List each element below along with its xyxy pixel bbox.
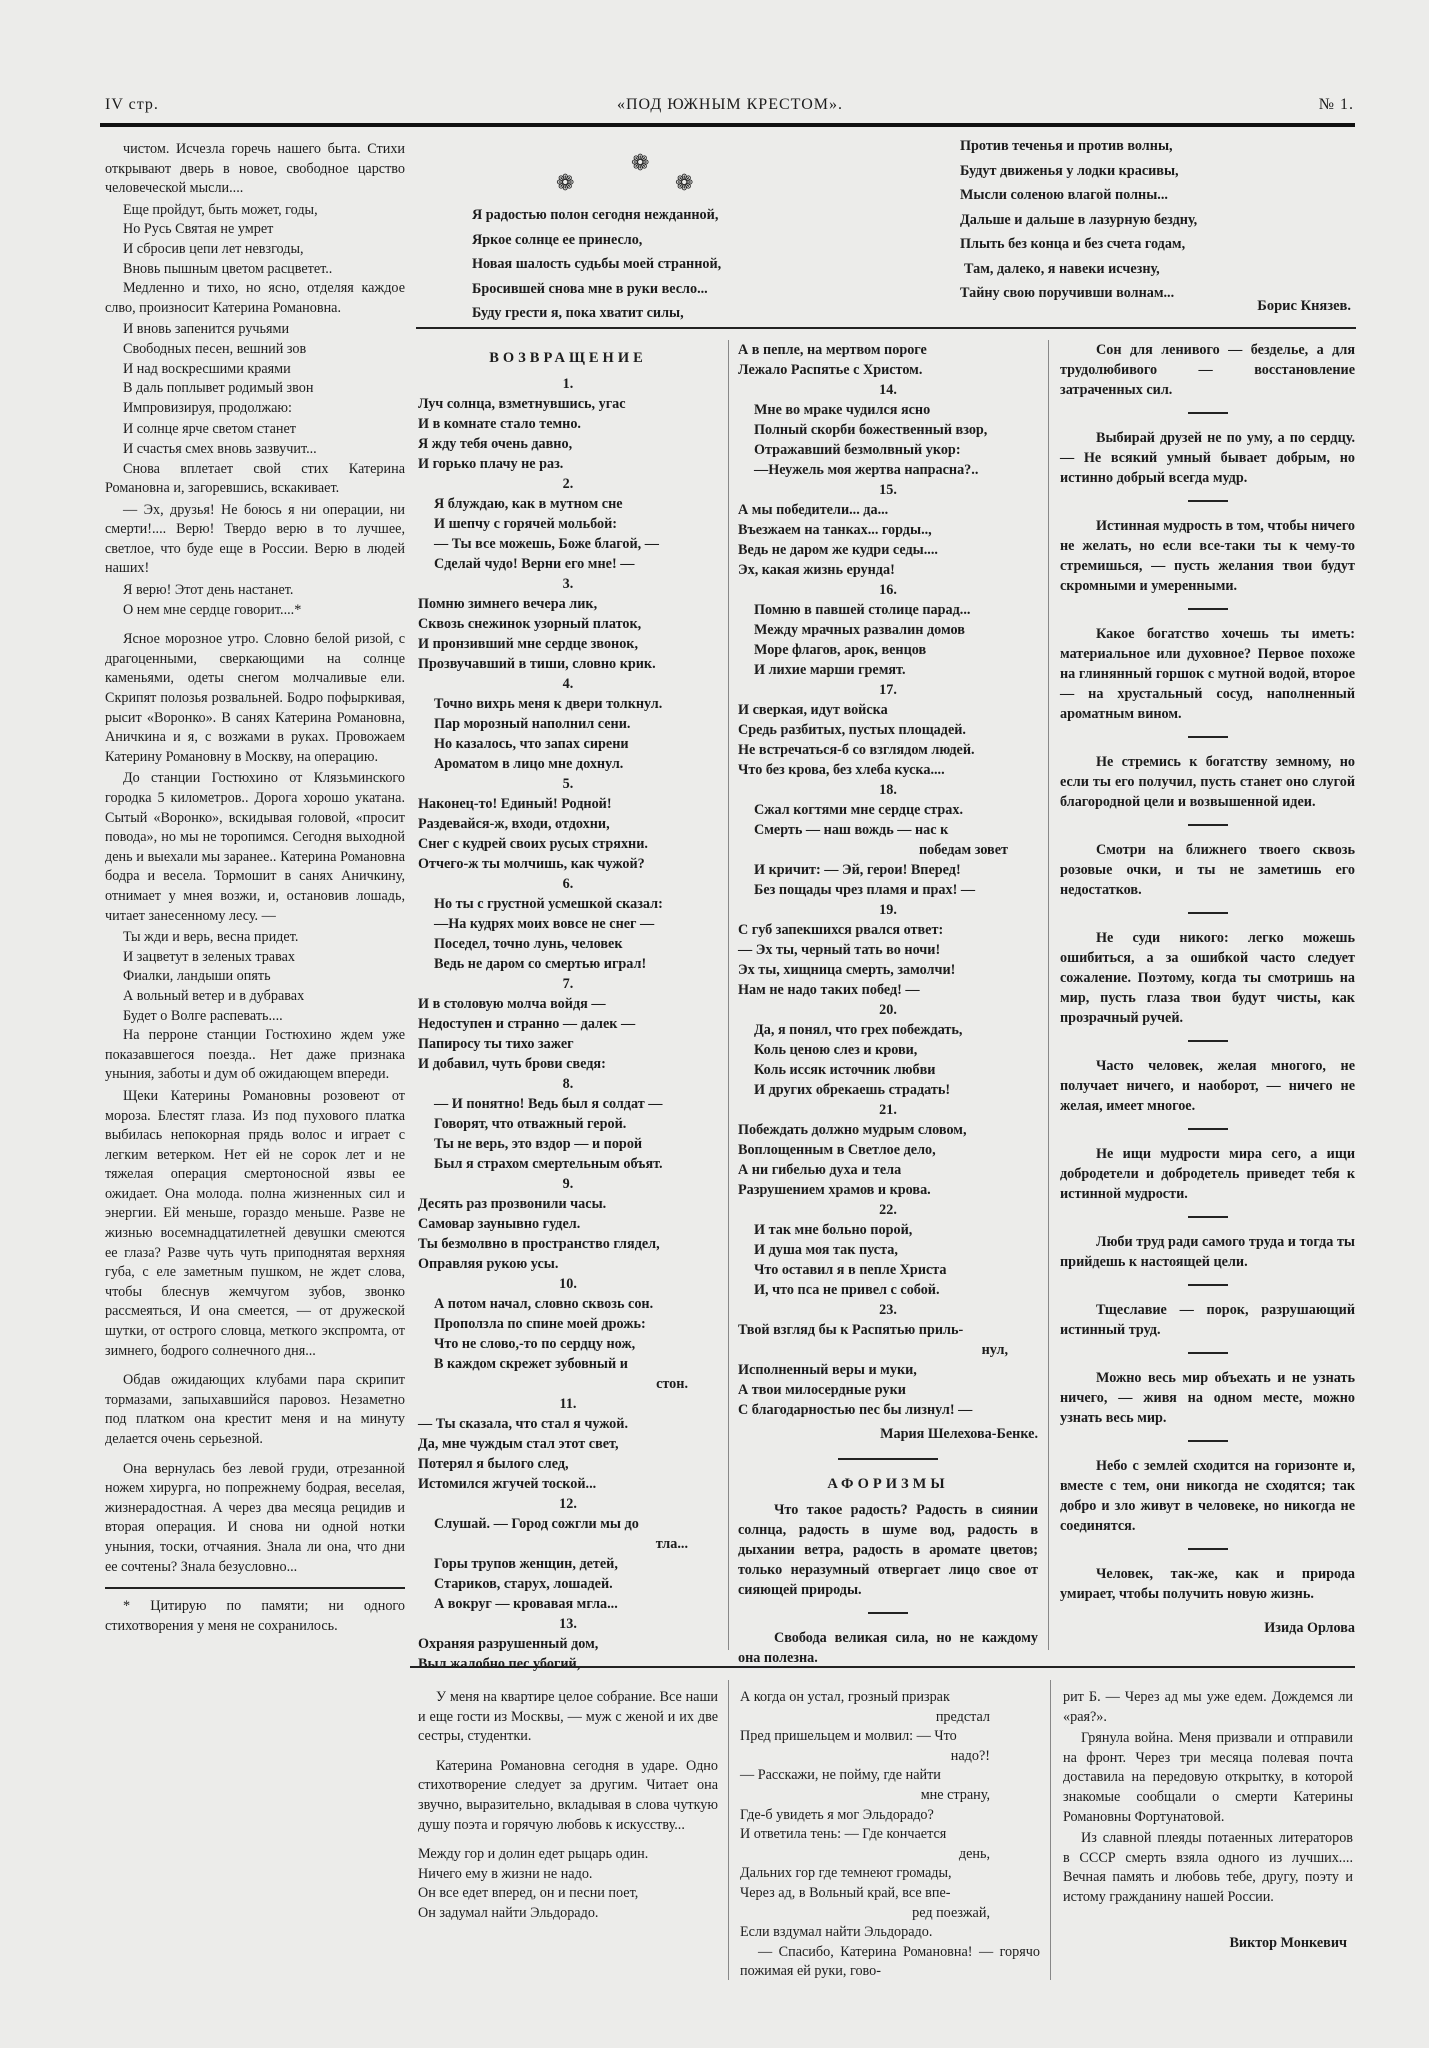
stanza-number: 17. bbox=[738, 680, 1038, 700]
verse-line: В даль поплывет родимый звон bbox=[105, 379, 405, 399]
verse-line: Сквозь снежинок узорный платок, bbox=[418, 614, 718, 634]
paragraph: Импровизируя, продолжаю: bbox=[105, 399, 405, 419]
separator-dash bbox=[1188, 912, 1228, 914]
verse-line: Коль ценою слез и крови, bbox=[738, 1040, 1038, 1060]
verse-line: Буду грести я, пока хватит силы, bbox=[472, 301, 802, 326]
verse-line: Мне во мраке чудился ясно bbox=[738, 400, 1038, 420]
verse-line: Дальних гор где темнеют громады, bbox=[740, 1864, 1040, 1884]
verse-line: Но Русь Святая не умрет bbox=[105, 220, 405, 240]
verse-line: Отчего-ж ты молчишь, как чужой? bbox=[418, 854, 718, 874]
poem-author: Мария Шелехова-Бенке. bbox=[738, 1424, 1038, 1444]
verse-line: — Ты сказала, что стал я чужой. bbox=[418, 1414, 718, 1434]
verse-line: Ведь не даром же кудри седы.... bbox=[738, 540, 1038, 560]
verse-line: Недоступен и странно — далек — bbox=[418, 1014, 718, 1034]
verse-line: Будет о Волге распевать.... bbox=[105, 1007, 405, 1027]
aphorism: Не суди никого: легко можешь ошибиться, … bbox=[1060, 928, 1355, 1028]
verse-line: день, bbox=[740, 1845, 1040, 1865]
verse-line: И других обрекаешь страдать! bbox=[738, 1080, 1038, 1100]
verse-line: Что оставил я в пепле Христа bbox=[738, 1260, 1038, 1280]
verse-line: Что не слово,-то по сердцу нож, bbox=[418, 1334, 718, 1354]
stanza-number: 11. bbox=[418, 1394, 718, 1414]
aphorism: Выбирай друзей не по уму, а по сердцу. —… bbox=[1060, 428, 1355, 488]
separator-dash bbox=[1188, 1216, 1228, 1218]
verse-line: Нам не надо таких побед! — bbox=[738, 980, 1038, 1000]
verse-line: Еще пройдут, быть может, годы, bbox=[105, 201, 405, 221]
section-rule bbox=[410, 1666, 1355, 1668]
aphorism: Небо с землей сходится на горизонте и, в… bbox=[1060, 1456, 1355, 1536]
paragraph: У меня на квартире целое собрание. Все н… bbox=[418, 1688, 718, 1747]
aphorism: Сон для ленивого — безделье, а для трудо… bbox=[1060, 340, 1355, 400]
page-number-label: IV стр. bbox=[105, 96, 159, 114]
stanza-number: 9. bbox=[418, 1174, 718, 1194]
verse-line: Раздевайся-ж, входи, отдохни, bbox=[418, 814, 718, 834]
verse-line: Плыть без конца и без счета годам, bbox=[960, 232, 1330, 257]
verse-line: Сделай чудо! Верни его мне! — bbox=[418, 554, 718, 574]
paragraph: — Спасибо, Катерина Романовна! — горячо … bbox=[740, 1943, 1040, 1982]
verse-line: мне страну, bbox=[740, 1786, 1040, 1806]
verse-line: В каждом скрежет зубовный и bbox=[418, 1354, 718, 1374]
separator-dash bbox=[1188, 1128, 1228, 1130]
column-divider bbox=[728, 340, 729, 1650]
stanza-number: 6. bbox=[418, 874, 718, 894]
verse-line: И сверкая, идут войска bbox=[738, 700, 1038, 720]
verse-line: —На кудрях моих вовсе не снег — bbox=[418, 914, 718, 934]
flower-ornament-icon: ❁ bbox=[675, 170, 693, 196]
verse-line: Там, далеко, я навеки исчезну, bbox=[960, 257, 1330, 282]
stanza-number: 18. bbox=[738, 780, 1038, 800]
verse-line: И душа моя так пуста, bbox=[738, 1240, 1038, 1260]
header-rule bbox=[100, 123, 1355, 127]
separator-dash bbox=[1188, 412, 1228, 414]
verse-line: А мы победители... да... bbox=[738, 500, 1038, 520]
verse-line: Помню в павшей столице парад... bbox=[738, 600, 1038, 620]
verse-line: Слушай. — Город сожгли мы до bbox=[418, 1514, 718, 1534]
separator-dash bbox=[1188, 1352, 1228, 1354]
verse-line: Ароматом в лицо мне дохнул. bbox=[418, 754, 718, 774]
aphorism: Человек, так-же, как и природа умирает, … bbox=[1060, 1564, 1355, 1604]
newspaper-title: «ПОД ЮЖНЫМ КРЕСТОМ». bbox=[600, 96, 860, 114]
poem-vozvrashchenie-part1: ВОЗВРАЩЕНИЕ 1.Луч солнца, взметнувшись, … bbox=[418, 340, 718, 1674]
verse-line: Побеждать должно мудрым словом, bbox=[738, 1120, 1038, 1140]
verse-line: И вновь запенится ручьями bbox=[105, 320, 405, 340]
aphorism: Не стремись к богатству земному, но если… bbox=[1060, 752, 1355, 812]
verse-line: Точно вихрь меня к двери толкнул. bbox=[418, 694, 718, 714]
verse-line: А ни гибелью духа и тела bbox=[738, 1160, 1038, 1180]
verse-line: — Эх ты, черный тать во ночи! bbox=[738, 940, 1038, 960]
verse-line: Я верю! Этот день настанет. bbox=[105, 581, 405, 601]
verse-line: Яркое солнце ее принесло, bbox=[472, 228, 802, 253]
verse-line: И счастья смех вновь зазвучит... bbox=[105, 440, 405, 460]
verse-line: Если вздумал найти Эльдорадо. bbox=[740, 1923, 1040, 1943]
verse-line: И добавил, чуть брови сведя: bbox=[418, 1054, 718, 1074]
verse-line: Через ад, в Вольный край, все впе- bbox=[740, 1884, 1040, 1904]
verse-line: Полный скорби божественный взор, bbox=[738, 420, 1038, 440]
aphorism: Можно весь мир объехать и не узнать ниче… bbox=[1060, 1368, 1355, 1428]
verse-line: Я радостью полон сегодня нежданной, bbox=[472, 203, 802, 228]
aphorism: Не ищи мудрости мира сего, а ищи доброде… bbox=[1060, 1144, 1355, 1204]
verse-line: И в комнате стало темно. bbox=[418, 414, 718, 434]
stanza-number: 8. bbox=[418, 1074, 718, 1094]
stanza-number: 1. bbox=[418, 374, 718, 394]
flower-ornament-icon: ❁ bbox=[631, 150, 649, 176]
verse-line: Сжал когтями мне сердце страх. bbox=[738, 800, 1038, 820]
section-rule bbox=[838, 1458, 938, 1460]
top-poem-right: Против теченья и против волны,Будут движ… bbox=[960, 134, 1330, 306]
separator-dash bbox=[1188, 608, 1228, 610]
column-divider bbox=[728, 1680, 729, 1980]
verse-line: Был я страхом смертельным объят. bbox=[418, 1154, 718, 1174]
top-poem-left: Я радостью полон сегодня нежданной,Яркое… bbox=[472, 203, 802, 326]
verse-line: А в пепле, на мертвом пороге bbox=[738, 340, 1038, 360]
verse-line: Ведь не даром со смертью играл! bbox=[418, 954, 718, 974]
verse-line: —Неужель моя жертва напрасна?.. bbox=[738, 460, 1038, 480]
verse-line: Да, я понял, что грех побеждать, bbox=[738, 1020, 1038, 1040]
verse-line: Будут движенья у лодки красивы, bbox=[960, 159, 1330, 184]
verse-line: Пар морозный наполнил сени. bbox=[418, 714, 718, 734]
paragraph: Ясное морозное утро. Словно белой ризой,… bbox=[105, 630, 405, 767]
aphorism: Что такое радость? Радость в сиянии солн… bbox=[738, 1500, 1038, 1600]
stanza-number: 10. bbox=[418, 1274, 718, 1294]
verse-line: нул, bbox=[738, 1340, 1038, 1360]
aphorisms-list: Что такое радость? Радость в сиянии солн… bbox=[738, 1500, 1038, 1668]
verse-line: — Ты все можешь, Боже благой, — bbox=[418, 534, 718, 554]
verse-line: Коль иссяк источник любви bbox=[738, 1060, 1038, 1080]
verse-line: Вновь пышным цветом расцветет.. bbox=[105, 260, 405, 280]
stanza-number: 21. bbox=[738, 1100, 1038, 1120]
separator-dash bbox=[1188, 1440, 1228, 1442]
verse-line: Папиросу ты тихо зажег bbox=[418, 1034, 718, 1054]
verse-line: Но ты с грустной усмешкой сказал: bbox=[418, 894, 718, 914]
verse-line: Да, мне чуждым стал этот свет, bbox=[418, 1434, 718, 1454]
verse-line: Отражавший безмолвный укор: bbox=[738, 440, 1038, 460]
memoir-continuation-3: рит Б. — Через ад мы уже едем. Дождемся … bbox=[1063, 1688, 1353, 1953]
verse-line: тла... bbox=[418, 1534, 718, 1554]
verse-line: Мысли соленою влагой полны... bbox=[960, 183, 1330, 208]
stanza-number: 4. bbox=[418, 674, 718, 694]
verse-line: Дальше и дальше в лазурную бездну, bbox=[960, 208, 1330, 233]
verse-line: Но казалось, что запах сирени bbox=[418, 734, 718, 754]
section-rule bbox=[416, 327, 1356, 329]
verse-line: Средь разбитых, пустых площадей. bbox=[738, 720, 1038, 740]
verse-line: И ответила тень: — Где кончается bbox=[740, 1825, 1040, 1845]
separator-dash bbox=[1188, 1548, 1228, 1550]
verse-line: Воплощенным в Светлое дело, bbox=[738, 1140, 1038, 1160]
verse-line: стон. bbox=[418, 1374, 718, 1394]
verse-line: — И понятно! Ведь был я солдат — bbox=[418, 1094, 718, 1114]
stanza-number: 5. bbox=[418, 774, 718, 794]
poem-vozvrashchenie-part2: А в пепле, на мертвом порогеЛежало Распя… bbox=[738, 340, 1038, 1668]
verse-line: Ничего ему в жизни не надо. bbox=[418, 1865, 718, 1885]
verse-line: И зацветут в зеленых травах bbox=[105, 948, 405, 968]
verse-line: Он все едет вперед, он и песни поет, bbox=[418, 1884, 718, 1904]
separator-dash bbox=[1188, 1284, 1228, 1286]
stanza-number: 7. bbox=[418, 974, 718, 994]
aphorism: Тщеславие — порок, разрушающий истинный … bbox=[1060, 1300, 1355, 1340]
stanza-number: 20. bbox=[738, 1000, 1038, 1020]
verse-line: И кричит: — Эй, герои! Вперед! bbox=[738, 860, 1038, 880]
verse-line: А вокруг — кровавая мгла... bbox=[418, 1594, 718, 1614]
aphorism: Истинная мудрость в том, чтобы ничего не… bbox=[1060, 516, 1355, 596]
aphorisms-column: Сон для ленивого — безделье, а для трудо… bbox=[1060, 340, 1355, 1638]
verse-line: Ты безмолвно в пространство глядел, bbox=[418, 1234, 718, 1254]
verse-line: Я жду тебя очень давно, bbox=[418, 434, 718, 454]
verse-line: Помню зимнего вечера лик, bbox=[418, 594, 718, 614]
verse-line: И сбросив цепи лет невзгоды, bbox=[105, 240, 405, 260]
verse-line: Твой взгляд бы к Распятью приль- bbox=[738, 1320, 1038, 1340]
verse-line: А вольный ветер и в дубравах bbox=[105, 987, 405, 1007]
stanza-number: 19. bbox=[738, 900, 1038, 920]
separator-dash bbox=[1188, 500, 1228, 502]
verse-line: Я блуждаю, как в мутном сне bbox=[418, 494, 718, 514]
stanza-number: 22. bbox=[738, 1200, 1038, 1220]
separator-dash bbox=[1188, 824, 1228, 826]
paragraph: Грянула война. Меня призвали и отправили… bbox=[1063, 1729, 1353, 1827]
paragraph: Она вернулась без левой груди, отрезанно… bbox=[105, 1460, 405, 1578]
verse-line: Против теченья и против волны, bbox=[960, 134, 1330, 159]
verse-line: Смерть — наш вождь — нас к bbox=[738, 820, 1038, 840]
verse-line: Самовар заунывно гудел. bbox=[418, 1214, 718, 1234]
verse-line: победам зовет bbox=[738, 840, 1038, 860]
verse-line: Пред пришельцем и молвил: — Что bbox=[740, 1727, 1040, 1747]
poem-stanzas: 1.Луч солнца, взметнувшись, угасИ в комн… bbox=[418, 374, 718, 1674]
verse-line: надо?! bbox=[740, 1747, 1040, 1767]
verse-line: Наконец-то! Единый! Родной! bbox=[418, 794, 718, 814]
verse-line: И шепчу с горячей мольбой: bbox=[418, 514, 718, 534]
footnote: * Цитирую по памяти; ни одного стихотвор… bbox=[105, 1597, 405, 1636]
verse-line: И горько плачу не раз. bbox=[418, 454, 718, 474]
paragraph: Медленно и тихо, но ясно, отделяя каждое… bbox=[105, 279, 405, 318]
verse-line: Не встречаться-б со взглядом людей. bbox=[738, 740, 1038, 760]
verse-line: Что без крова, без хлеба куска.... bbox=[738, 760, 1038, 780]
paragraph: На перроне станции Гостюхино ждем уже по… bbox=[105, 1026, 405, 1085]
verse-line: И пронзивший мне сердце звонок, bbox=[418, 634, 718, 654]
stanza-number: 15. bbox=[738, 480, 1038, 500]
verse-line: А твои милосердные руки bbox=[738, 1380, 1038, 1400]
memoir-author: Виктор Монкевич bbox=[1063, 1934, 1353, 1954]
memoir-blocks: чистом. Исчезла горечь нашего быта. Стих… bbox=[105, 140, 405, 1577]
verse-line: Свободных песен, вешний зов bbox=[105, 340, 405, 360]
verse-line: И так мне больно порой, bbox=[738, 1220, 1038, 1240]
verse-line: Горы трупов женщин, детей, bbox=[418, 1554, 718, 1574]
verse-line: И лихие марши гремят. bbox=[738, 660, 1038, 680]
verse-line: Лежало Распятье с Христом. bbox=[738, 360, 1038, 380]
aphorisms-list: Сон для ленивого — безделье, а для трудо… bbox=[1060, 340, 1355, 1604]
verse-line: О нем мне сердце говорит....* bbox=[105, 601, 405, 621]
verse-line: Говорят, что отважный герой. bbox=[418, 1114, 718, 1134]
verse-line: Прозвучавший в тиши, словно крик. bbox=[418, 654, 718, 674]
verse-line: Ты не верь, это вздор — и порой bbox=[418, 1134, 718, 1154]
column-divider bbox=[1048, 340, 1049, 1650]
aphorism: Часто человек, желая многого, не получае… bbox=[1060, 1056, 1355, 1116]
verse-line: Бросившей снова мне в руки весло... bbox=[472, 277, 802, 302]
stanza-number: 3. bbox=[418, 574, 718, 594]
verse-line: Без пощады чрез пламя и прах! — bbox=[738, 880, 1038, 900]
verse-line: Он задумал найти Эльдорадо. bbox=[418, 1904, 718, 1924]
verse-line: Выл жалобно пес убогий, bbox=[418, 1654, 718, 1674]
verse-line: Потерял я былого след, bbox=[418, 1454, 718, 1474]
poem-title: ВОЗВРАЩЕНИЕ bbox=[418, 348, 718, 368]
stanza-number: 16. bbox=[738, 580, 1038, 600]
newspaper-page: IV стр. «ПОД ЮЖНЫМ КРЕСТОМ». № 1. чистом… bbox=[0, 0, 1429, 2048]
flower-ornament-icon: ❁ bbox=[556, 170, 574, 196]
verse-line: Охраняя разрушенный дом, bbox=[418, 1634, 718, 1654]
verse-line: предстал bbox=[740, 1708, 1040, 1728]
paragraph: Обдав ожидающих клубами пара скрипит тор… bbox=[105, 1371, 405, 1449]
verse-line: А потом начал, словно сквозь сон. bbox=[418, 1294, 718, 1314]
paragraph: До станции Гостюхино от Клязьминского го… bbox=[105, 769, 405, 926]
paragraph: чистом. Исчезла горечь нашего быта. Стих… bbox=[105, 140, 405, 199]
memoir-continuation-1: У меня на квартире целое собрание. Все н… bbox=[418, 1688, 718, 1924]
verse-line: Луч солнца, взметнувшись, угас bbox=[418, 394, 718, 414]
verse-line: Снег с кудрей своих русых стряхни. bbox=[418, 834, 718, 854]
verse-line: Новая шалость судьбы моей странной, bbox=[472, 252, 802, 277]
stanza-number: 23. bbox=[738, 1300, 1038, 1320]
separator-dash bbox=[1188, 736, 1228, 738]
top-poem-author: Борис Князев. bbox=[1257, 298, 1351, 315]
verse-line: И над воскресшими краями bbox=[105, 360, 405, 380]
aphorism: Люби труд ради самого труда и тогда ты п… bbox=[1060, 1232, 1355, 1272]
paragraph: Снова вплетает свой стих Катерина Романо… bbox=[105, 460, 405, 499]
paragraph: Щеки Катерины Романовны розовеют от моро… bbox=[105, 1087, 405, 1361]
aphorism: Свобода великая сила, но не каждому она … bbox=[738, 1628, 1038, 1668]
stanza-number: 13. bbox=[418, 1614, 718, 1634]
verse-line: И в столовую молча войдя — bbox=[418, 994, 718, 1014]
verse-line: Ты жди и верь, весна придет. bbox=[105, 928, 405, 948]
separator-dash bbox=[868, 1612, 908, 1614]
verse-line: Въезжаем на танках... горды.., bbox=[738, 520, 1038, 540]
separator-dash bbox=[1188, 1040, 1228, 1042]
verse-line: Где-б увидеть я мог Эльдорадо? bbox=[740, 1806, 1040, 1826]
verse-line: Истомился жгучей тоской... bbox=[418, 1474, 718, 1494]
verse-line: Фиалки, ландыши опять bbox=[105, 967, 405, 987]
stanza-number: 12. bbox=[418, 1494, 718, 1514]
verse-line: Поседел, точно лунь, человек bbox=[418, 934, 718, 954]
memoir-continuation-2: А когда он устал, грозный призракпредста… bbox=[740, 1688, 1040, 1984]
aphorism: Смотри на ближнего твоего сквозь розовые… bbox=[1060, 840, 1355, 900]
verse-line: А когда он устал, грозный призрак bbox=[740, 1688, 1040, 1708]
paragraph: рит Б. — Через ад мы уже едем. Дождемся … bbox=[1063, 1688, 1353, 1727]
aphorisms-author: Изида Орлова bbox=[1060, 1618, 1355, 1638]
verse-line: ред поезжай, bbox=[740, 1904, 1040, 1924]
verse-line: Разрушением храмов и крова. bbox=[738, 1180, 1038, 1200]
paragraph: — Эх, друзья! Не боюсь я ни операции, ни… bbox=[105, 501, 405, 579]
verse-line: Проползла по спине моей дрожь: bbox=[418, 1314, 718, 1334]
stanza-number: 2. bbox=[418, 474, 718, 494]
column-divider bbox=[1050, 1680, 1051, 1980]
paragraph: Катерина Романовна сегодня в ударе. Одно… bbox=[418, 1757, 718, 1835]
verse-line: И, что пса не привел с собой. bbox=[738, 1280, 1038, 1300]
verse-line: Между гор и долин едет рыцарь один. bbox=[418, 1845, 718, 1865]
stanza-number: 14. bbox=[738, 380, 1038, 400]
verse-line: Море флагов, арок, венцов bbox=[738, 640, 1038, 660]
issue-number: № 1. bbox=[1319, 96, 1354, 114]
verse-line: С губ запекшихся рвался ответ: bbox=[738, 920, 1038, 940]
verse-line: Между мрачных развалин домов bbox=[738, 620, 1038, 640]
paragraph: Из славной плеяды потаенных литераторов … bbox=[1063, 1829, 1353, 1907]
verse-line: Оправляя рукою усы. bbox=[418, 1254, 718, 1274]
footnote-rule bbox=[105, 1587, 405, 1589]
poem-stanzas: А в пепле, на мертвом порогеЛежало Распя… bbox=[738, 340, 1038, 1420]
memoir-column: чистом. Исчезла горечь нашего быта. Стих… bbox=[105, 140, 405, 1638]
aphorisms-title: АФОРИЗМЫ bbox=[738, 1474, 1038, 1494]
verse-line: Эх, какая жизнь ерунда! bbox=[738, 560, 1038, 580]
verse-line: Эх ты, хищница смерть, замолчи! bbox=[738, 960, 1038, 980]
aphorism: Какое богатство хочешь ты иметь: материа… bbox=[1060, 624, 1355, 724]
verse-line: Исполненный веры и муки, bbox=[738, 1360, 1038, 1380]
verse-line: — Расскажи, не пойму, где найти bbox=[740, 1766, 1040, 1786]
verse-line: Десять раз прозвонили часы. bbox=[418, 1194, 718, 1214]
verse-line: И солнце ярче светом станет bbox=[105, 420, 405, 440]
verse-line: С благодарностью пес бы лизнул! — bbox=[738, 1400, 1038, 1420]
verse-line: Стариков, старух, лошадей. bbox=[418, 1574, 718, 1594]
